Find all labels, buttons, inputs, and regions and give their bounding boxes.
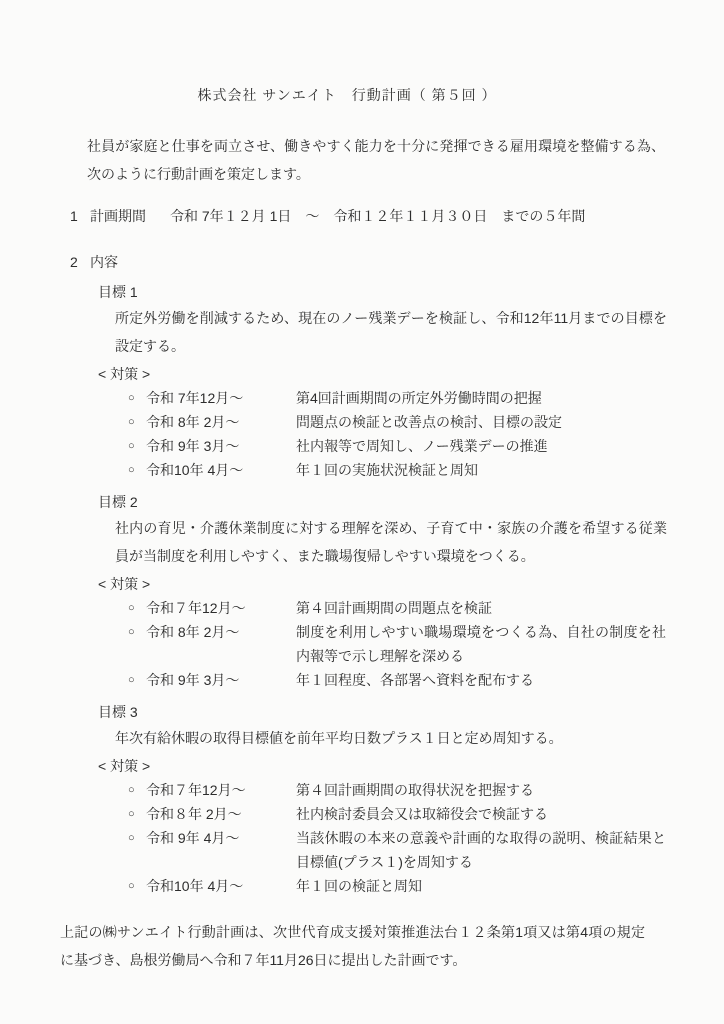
circle-bullet-icon: ○ (128, 802, 146, 826)
measure-text: 年１回の検証と周知 (296, 874, 666, 898)
circle-bullet-icon: ○ (128, 434, 146, 458)
measure-row: ○ 令和10年 4月～ 年１回の実施状況検証と周知 (128, 458, 674, 482)
circle-bullet-icon: ○ (128, 458, 146, 482)
circle-bullet-icon: ○ (128, 596, 146, 620)
goal-1: 目標 1 所定外労働を削減するため、現在のノー残業デーを検証し、令和12年11月… (60, 282, 674, 482)
measure-text: 社内報等で周知し、ノー残業デーの推進 (296, 434, 666, 458)
measure-row: ○ 令和 9年 3月～ 年１回程度、各部署へ資料を配布する (128, 668, 674, 692)
measure-row: ○ 令和 9年 3月～ 社内報等で周知し、ノー残業デーの推進 (128, 434, 674, 458)
measure-date: 令和10年 4月～ (146, 874, 296, 898)
measure-text: 第4回計画期間の所定外労働時間の把握 (296, 386, 666, 410)
goal-2-label: 目標 2 (98, 492, 674, 512)
circle-bullet-icon: ○ (128, 386, 146, 410)
measure-text: 年１回の実施状況検証と周知 (296, 458, 666, 482)
measure-row: ○ 令和７年12月～ 第４回計画期間の取得状況を把握する (128, 778, 674, 802)
plan-period-value: 令和 7年１２月 1日 ～ 令和１２年１１月３０日 までの５年間 (170, 206, 674, 226)
measure-date: 令和 7年12月～ (146, 386, 296, 410)
section-plan-period: 1 計画期間 令和 7年１２月 1日 ～ 令和１２年１１月３０日 までの５年間 (70, 206, 674, 226)
measure-row: ○ 令和10年 4月～ 年１回の検証と周知 (128, 874, 674, 898)
measure-text: 問題点の検証と改善点の検討、目標の設定 (296, 410, 666, 434)
measure-date: 令和 9年 3月～ (146, 668, 296, 692)
document-title: 株式会社 サンエイト 行動計画（ 第５回 ） (60, 86, 634, 104)
goal-1-measures-label: < 対策 > (98, 364, 674, 384)
goal-2-measures-label: < 対策 > (98, 574, 674, 594)
measure-date: 令和10年 4月～ (146, 458, 296, 482)
intro-paragraph: 社員が家庭と仕事を両立させ、働きやすく能力を十分に発揮できる雇用環境を整備する為… (87, 132, 665, 188)
goal-2: 目標 2 社内の育児・介護休業制度に対する理解を深め、子育て中・家族の介護を希望… (60, 492, 674, 692)
goal-1-description: 所定外労働を削減するため、現在のノー残業デーを検証し、令和12年11月までの目標… (115, 304, 667, 360)
circle-bullet-icon: ○ (128, 778, 146, 802)
scanned-document-page: 株式会社 サンエイト 行動計画（ 第５回 ） 社員が家庭と仕事を両立させ、働きや… (0, 0, 724, 1024)
measure-date: 令和 8年 2月～ (146, 620, 296, 668)
measure-text: 第４回計画期間の問題点を検証 (296, 596, 666, 620)
circle-bullet-icon: ○ (128, 620, 146, 668)
measure-row: ○ 令和 8年 2月～ 問題点の検証と改善点の検討、目標の設定 (128, 410, 674, 434)
section-content: 2 内容 (70, 252, 674, 272)
measure-row: ○ 令和 7年12月～ 第4回計画期間の所定外労働時間の把握 (128, 386, 674, 410)
goal-1-label: 目標 1 (98, 282, 674, 302)
measure-date: 令和 9年 3月～ (146, 434, 296, 458)
section-heading: 計画期間 (90, 206, 170, 226)
goal-3: 目標 3 年次有給休暇の取得目標値を前年平均日数プラス１日と定め周知する。 < … (60, 702, 674, 898)
section-heading: 内容 (90, 252, 170, 272)
measure-row: ○ 令和 9年 4月～ 当該休暇の本来の意義や計画的な取得の説明、検証結果と目標… (128, 826, 674, 874)
measure-date: 令和７年12月～ (146, 596, 296, 620)
goal-3-label: 目標 3 (98, 702, 674, 722)
submission-note: 上記の㈱サンエイト行動計画は、次世代育成支援対策推進法台１２条第1項又は第4項の… (60, 918, 645, 974)
measure-date: 令和８年 2月～ (146, 802, 296, 826)
section-number: 1 (70, 206, 90, 226)
section-number: 2 (70, 252, 90, 272)
measure-row: ○ 令和 8年 2月～ 制度を利用しやすい職場環境をつくる為、自社の制度を社内報… (128, 620, 674, 668)
measure-text: 当該休暇の本来の意義や計画的な取得の説明、検証結果と目標値(プラス１)を周知する (296, 826, 666, 874)
measure-text: 年１回程度、各部署へ資料を配布する (296, 668, 666, 692)
measure-row: ○ 令和７年12月～ 第４回計画期間の問題点を検証 (128, 596, 674, 620)
goal-3-measures-label: < 対策 > (98, 756, 674, 776)
goal-2-description: 社内の育児・介護休業制度に対する理解を深め、子育て中・家族の介護を希望する従業員… (115, 514, 667, 570)
measure-text: 第４回計画期間の取得状況を把握する (296, 778, 666, 802)
measure-row: ○ 令和８年 2月～ 社内検討委員会又は取締役会で検証する (128, 802, 674, 826)
measure-text: 社内検討委員会又は取締役会で検証する (296, 802, 666, 826)
circle-bullet-icon: ○ (128, 874, 146, 898)
circle-bullet-icon: ○ (128, 668, 146, 692)
circle-bullet-icon: ○ (128, 826, 146, 874)
measure-date: 令和 9年 4月～ (146, 826, 296, 874)
goal-3-description: 年次有給休暇の取得目標値を前年平均日数プラス１日と定め周知する。 (115, 724, 667, 752)
circle-bullet-icon: ○ (128, 410, 146, 434)
measure-date: 令和 8年 2月～ (146, 410, 296, 434)
measure-text: 制度を利用しやすい職場環境をつくる為、自社の制度を社内報等で示し理解を深める (296, 620, 666, 668)
measure-date: 令和７年12月～ (146, 778, 296, 802)
